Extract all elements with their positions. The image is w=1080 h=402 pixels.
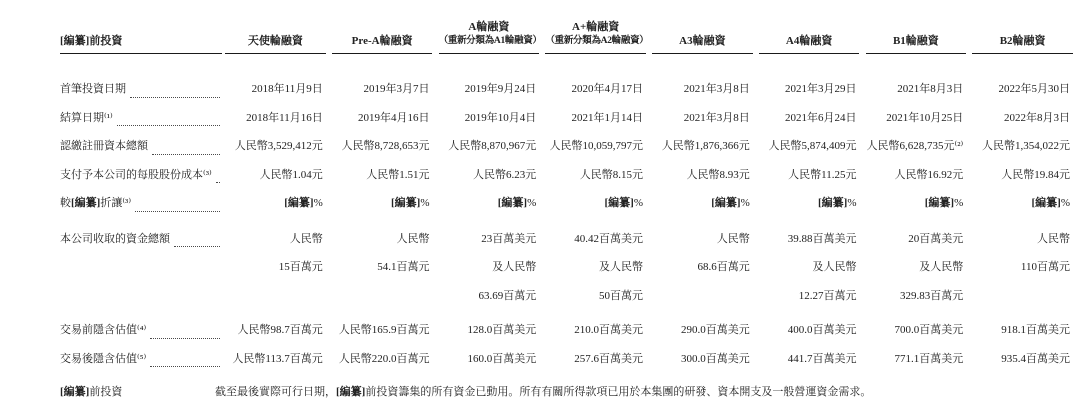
text-part: 人民幣19.84元 [1001, 169, 1070, 181]
table-row: 支付予本公司的每股股份成本⁽³⁾人民幣1.04元人民幣1.51元人民幣6.23元… [60, 161, 1076, 190]
text-part: 前投資 [89, 386, 122, 398]
data-cell-line: 2019年10月4日 [436, 104, 537, 133]
column-header-inner: B2輪融資 [972, 34, 1072, 54]
data-cell-line: 人民幣8,870,967元 [436, 132, 537, 161]
text-part: 支付予本公司的每股股份成本⁽³⁾ [60, 169, 212, 181]
data-cell: 23百萬美元及人民幣63.69百萬元 [436, 218, 543, 311]
table-header: [編纂]前投資天使輪融資Pre-A輪融資A輪融資（重新分類為A1輪融資）A+輪融… [60, 6, 1076, 54]
data-cell-line: 50百萬元 [542, 282, 643, 311]
data-cell-line: 2019年9月24日 [436, 75, 537, 104]
data-cell: 2021年1月14日 [542, 104, 649, 133]
data-cell: 2019年10月4日 [436, 104, 543, 133]
column-header-inner: A3輪融資 [652, 34, 752, 54]
row-label-text: 支付予本公司的每股股份成本⁽³⁾ [60, 161, 212, 190]
table-row: 交易前隱含估值⁽⁴⁾人民幣98.7百萬元人民幣165.9百萬元128.0百萬美元… [60, 310, 1076, 345]
column-header: Pre-A輪融資 [329, 6, 436, 54]
column-header: A3輪融資 [649, 6, 756, 54]
data-cell-line: 人民幣6,628,735元⁽²⁾ [863, 132, 964, 161]
data-cell-line: 2022年8月3日 [969, 104, 1070, 133]
text-part: 人民幣10,059,797元 [550, 140, 644, 152]
text-part: 2021年3月29日 [785, 83, 857, 95]
row-label: 較[編纂]折讓⁽³⁾ [60, 189, 222, 218]
table-row: 認繳註冊資本總額人民幣3,529,412元人民幣8,728,653元人民幣8,8… [60, 132, 1076, 161]
data-cell: 人民幣8,870,967元 [436, 132, 543, 161]
data-cell: 人民幣3,529,412元 [222, 132, 329, 161]
text-part: 15百萬元 [279, 261, 323, 273]
data-cell-line: 918.1百萬美元 [969, 316, 1070, 345]
text-part: 2019年9月24日 [465, 83, 537, 95]
data-cell-line: 2021年3月8日 [649, 75, 750, 104]
data-cell-line: [編纂]% [969, 189, 1070, 218]
text-part: 認繳註冊資本總額 [60, 140, 148, 152]
data-cell: 人民幣10,059,797元 [542, 132, 649, 161]
data-cell: 人民幣19.84元 [969, 161, 1076, 190]
data-cell-line: [編纂]% [542, 189, 643, 218]
data-cell: 160.0百萬美元 [436, 345, 543, 374]
column-header-inner: Pre-A輪融資 [332, 34, 432, 54]
redacted-marker: [編纂] [818, 197, 847, 209]
data-cell-line: [編纂]% [649, 189, 750, 218]
data-cell: [編纂]% [329, 189, 436, 218]
data-cell-line: 人民幣1,354,022元 [969, 132, 1070, 161]
data-cell-line: 63.69百萬元 [436, 282, 537, 311]
data-cell-line: 人民幣11.25元 [756, 161, 857, 190]
data-cell: 40.42百萬美元及人民幣50百萬元 [542, 218, 649, 311]
data-cell-line: 441.7百萬美元 [756, 345, 857, 374]
row-label-cell: 認繳註冊資本總額 [60, 132, 222, 161]
column-header-inner: B1輪融資 [866, 34, 966, 54]
data-cell-line: 人民幣 [222, 225, 323, 254]
data-cell-line: 2020年4月17日 [542, 75, 643, 104]
row-label: 本公司收取的資金總額 [60, 225, 222, 254]
data-cell: 2022年8月3日 [969, 104, 1076, 133]
text-part: % [420, 197, 429, 209]
text-part: 50百萬元 [599, 290, 643, 302]
data-cell-line: 人民幣3,529,412元 [222, 132, 323, 161]
row-label-cell: 結算日期⁽¹⁾ [60, 104, 222, 133]
data-cell: 人民幣110百萬元 [969, 218, 1076, 311]
data-cell-line: 23百萬美元 [436, 225, 537, 254]
data-cell: 2019年3月7日 [329, 54, 436, 104]
data-cell-line: 935.4百萬美元 [969, 345, 1070, 374]
data-cell: 210.0百萬美元 [542, 310, 649, 345]
data-cell: 人民幣54.1百萬元 [329, 218, 436, 311]
data-cell: 39.88百萬美元及人民幣12.27百萬元 [756, 218, 863, 311]
dot-leader [135, 211, 220, 212]
prospectus-page: [編纂]前投資天使輪融資Pre-A輪融資A輪融資（重新分類為A1輪融資）A+輪融… [0, 0, 1080, 400]
data-cell: 2018年11月16日 [222, 104, 329, 133]
data-cell-line: 40.42百萬美元 [542, 225, 643, 254]
column-header: A4輪融資 [756, 6, 863, 54]
text-part: 39.88百萬美元 [788, 233, 857, 245]
text-part: 20百萬美元 [908, 233, 963, 245]
data-cell: 257.6百萬美元 [542, 345, 649, 374]
data-cell-line: 人民幣1.04元 [222, 161, 323, 190]
data-cell-line: 54.1百萬元 [329, 253, 430, 282]
data-cell: 人民幣16.92元 [863, 161, 970, 190]
column-header: A輪融資（重新分類為A1輪融資） [436, 6, 543, 54]
text-part: 400.0百萬美元 [788, 324, 857, 336]
data-cell-line: 329.83百萬元 [863, 282, 964, 311]
text-part: 及人民幣 [492, 261, 536, 273]
data-cell: 2021年8月3日 [863, 54, 970, 104]
data-cell: 2021年10月25日 [863, 104, 970, 133]
data-cell-line: [編纂]% [222, 189, 323, 218]
text-part: 交易前隱含估值⁽⁴⁾ [60, 324, 146, 336]
data-cell: 2018年11月9日 [222, 54, 329, 104]
data-cell: 人民幣6.23元 [436, 161, 543, 190]
text-part: % [634, 197, 643, 209]
redacted-marker: [編纂] [498, 197, 527, 209]
data-cell: 人民幣8,728,653元 [329, 132, 436, 161]
row-label-text: 較[編纂]折讓⁽³⁾ [60, 189, 131, 218]
text-part: % [1061, 197, 1070, 209]
data-cell: 2019年9月24日 [436, 54, 543, 104]
text-part: 2021年1月14日 [572, 112, 644, 124]
data-cell: 人民幣1,876,366元 [649, 132, 756, 161]
data-cell-line: 人民幣8,728,653元 [329, 132, 430, 161]
data-cell-line: 210.0百萬美元 [542, 316, 643, 345]
text-part: 700.0百萬美元 [895, 324, 964, 336]
data-cell-line: 2021年3月8日 [649, 104, 750, 133]
text-part: 交易後隱含估值⁽⁵⁾ [60, 353, 146, 365]
text-part: 本公司收取的資金總額 [60, 233, 170, 245]
text-part: 結算日期⁽¹⁾ [60, 112, 113, 124]
text-part: 290.0百萬美元 [681, 324, 750, 336]
text-part: 441.7百萬美元 [788, 353, 857, 365]
text-part: 329.83百萬元 [900, 290, 963, 302]
text-part: 人民幣5,874,409元 [769, 140, 857, 152]
data-cell: 2020年4月17日 [542, 54, 649, 104]
data-cell: [編纂]% [222, 189, 329, 218]
data-cell: 人民幣8.15元 [542, 161, 649, 190]
text-part: 257.6百萬美元 [574, 353, 643, 365]
redacted-marker: [編纂] [60, 386, 89, 398]
data-cell-line: 及人民幣 [863, 253, 964, 282]
data-cell: [編纂]% [756, 189, 863, 218]
text-part: 人民幣1,354,022元 [982, 140, 1070, 152]
text-part: 54.1百萬元 [377, 261, 429, 273]
data-cell: 700.0百萬美元 [863, 310, 970, 345]
text-part: 人民幣98.7百萬元 [238, 324, 323, 336]
text-part: 人民幣3,529,412元 [235, 140, 323, 152]
data-cell: 人民幣68.6百萬元 [649, 218, 756, 311]
data-cell: 771.1百萬美元 [863, 345, 970, 374]
text-part: 人民幣220.0百萬元 [339, 353, 430, 365]
data-cell-line: 257.6百萬美元 [542, 345, 643, 374]
column-header-inner: A4輪融資 [759, 34, 859, 54]
data-cell-line: 2019年4月16日 [329, 104, 430, 133]
text-part: 210.0百萬美元 [574, 324, 643, 336]
row-label-text: 結算日期⁽¹⁾ [60, 104, 113, 133]
data-cell-line: 人民幣6.23元 [436, 161, 537, 190]
text-part: 人民幣8,728,653元 [342, 140, 430, 152]
text-part: 2019年10月4日 [465, 112, 537, 124]
data-cell-line: 39.88百萬美元 [756, 225, 857, 254]
data-cell: 918.1百萬美元 [969, 310, 1076, 345]
redacted-marker: [編纂] [60, 35, 89, 47]
data-cell-line: 2021年6月24日 [756, 104, 857, 133]
row-label-text: 交易後隱含估值⁽⁵⁾ [60, 345, 146, 374]
text-part: 及人民幣 [813, 261, 857, 273]
data-cell: 2022年5月30日 [969, 54, 1076, 104]
column-header-inner: A+輪融資（重新分類為A2輪融資） [545, 20, 645, 54]
data-cell: 人民幣165.9百萬元 [329, 310, 436, 345]
row-label-cell: 支付予本公司的每股股份成本⁽³⁾ [60, 161, 222, 190]
data-cell-line: 人民幣 [649, 225, 750, 254]
text-part: % [527, 197, 536, 209]
data-cell: 290.0百萬美元 [649, 310, 756, 345]
row-label-text: 首筆投資日期 [60, 75, 126, 104]
data-cell: 人民幣113.7百萬元 [222, 345, 329, 374]
redacted-marker: [編纂] [1032, 197, 1061, 209]
data-cell-line: 人民幣220.0百萬元 [329, 345, 430, 374]
data-cell-line: 400.0百萬美元 [756, 316, 857, 345]
data-cell-line: 2021年8月3日 [863, 75, 964, 104]
text-part: 人民幣6,628,735元⁽²⁾ [867, 140, 964, 152]
data-cell-line: 2021年3月29日 [756, 75, 857, 104]
text-part: 2022年5月30日 [999, 83, 1071, 95]
data-cell: 人民幣1.51元 [329, 161, 436, 190]
text-part: % [954, 197, 963, 209]
text-part: 人民幣1,876,366元 [662, 140, 750, 152]
text-part: 人民幣1.51元 [366, 169, 429, 181]
data-cell-line: 771.1百萬美元 [863, 345, 964, 374]
data-cell-line: 12.27百萬元 [756, 282, 857, 311]
data-cell-line: [編纂]% [756, 189, 857, 218]
row-label-cell: 交易前隱含估值⁽⁴⁾ [60, 310, 222, 345]
data-cell-line: 人民幣16.92元 [863, 161, 964, 190]
data-cell-line: [編纂]% [436, 189, 537, 218]
text-part: 前投資 [89, 35, 122, 47]
data-cell: 人民幣11.25元 [756, 161, 863, 190]
text-part: 935.4百萬美元 [1001, 353, 1070, 365]
footnote-label: [編纂]前投資 [60, 384, 215, 400]
row-label-text: 交易前隱含估值⁽⁴⁾ [60, 316, 146, 345]
text-part: 2020年4月17日 [572, 83, 644, 95]
data-cell-line: 人民幣165.9百萬元 [329, 316, 430, 345]
data-cell: 300.0百萬美元 [649, 345, 756, 374]
text-part: 人民幣 [290, 233, 323, 245]
text-part: 2021年6月24日 [785, 112, 857, 124]
data-cell-line: 68.6百萬元 [649, 253, 750, 282]
data-cell-line: 人民幣98.7百萬元 [222, 316, 323, 345]
data-cell: [編纂]% [863, 189, 970, 218]
data-cell: 人民幣220.0百萬元 [329, 345, 436, 374]
text-part: 160.0百萬美元 [468, 353, 537, 365]
data-cell: 2019年4月16日 [329, 104, 436, 133]
data-cell-line: 人民幣 [969, 225, 1070, 254]
data-cell: 2021年3月8日 [649, 54, 756, 104]
text-part: % [847, 197, 856, 209]
pre-investment-table: [編纂]前投資天使輪融資Pre-A輪融資A輪融資（重新分類為A1輪融資）A+輪融… [60, 6, 1076, 373]
text-part: 2021年3月8日 [684, 83, 750, 95]
dot-leader [150, 338, 220, 339]
data-cell: 人民幣15百萬元 [222, 218, 329, 311]
text-part: 2018年11月16日 [246, 112, 323, 124]
text-part: 110百萬元 [1021, 261, 1070, 273]
data-cell: [編纂]% [649, 189, 756, 218]
text-part: 人民幣6.23元 [473, 169, 536, 181]
redacted-marker: [編纂] [925, 197, 954, 209]
data-cell-line: 160.0百萬美元 [436, 345, 537, 374]
text-part: 2021年3月8日 [684, 112, 750, 124]
text-part: 771.1百萬美元 [895, 353, 964, 365]
text-part: 2021年8月3日 [897, 83, 963, 95]
column-header-line: （重新分類為A2輪融資） [545, 34, 645, 48]
dot-leader [174, 246, 220, 247]
data-cell-line: 人民幣1.51元 [329, 161, 430, 190]
data-cell: 20百萬美元及人民幣329.83百萬元 [863, 218, 970, 311]
data-cell: 人民幣8.93元 [649, 161, 756, 190]
data-cell-line: 及人民幣 [542, 253, 643, 282]
data-cell-line: 人民幣5,874,409元 [756, 132, 857, 161]
column-header-line: B2輪融資 [972, 34, 1072, 48]
data-cell-line: 人民幣1,876,366元 [649, 132, 750, 161]
column-header-line: A+輪融資 [545, 20, 645, 34]
data-cell-line: 2018年11月9日 [222, 75, 323, 104]
text-part: 及人民幣 [599, 261, 643, 273]
data-cell-line: 人民幣10,059,797元 [542, 132, 643, 161]
text-part: 人民幣113.7百萬元 [232, 353, 322, 365]
column-header-inner: A輪融資（重新分類為A1輪融資） [439, 20, 539, 54]
table-row: 首筆投資日期2018年11月9日2019年3月7日2019年9月24日2020年… [60, 54, 1076, 104]
text-part: 前投資籌集的所有資金已動用。所有有關所得款項已用於本集團的研發、資本開支及一般營… [365, 386, 871, 398]
data-cell-line: 290.0百萬美元 [649, 316, 750, 345]
data-cell-line: 及人民幣 [436, 253, 537, 282]
redacted-marker: [編纂] [605, 197, 634, 209]
text-part: 68.6百萬元 [698, 261, 750, 273]
text-part: 2019年4月16日 [358, 112, 430, 124]
text-part: 23百萬美元 [481, 233, 536, 245]
text-part: 較 [60, 197, 71, 209]
column-header: B1輪融資 [863, 6, 970, 54]
text-part: 人民幣 [717, 233, 750, 245]
column-header-line: B1輪融資 [866, 34, 966, 48]
data-cell: [編纂]% [436, 189, 543, 218]
text-part: 人民幣1.04元 [260, 169, 323, 181]
text-part: 人民幣 [397, 233, 430, 245]
data-cell: 2021年6月24日 [756, 104, 863, 133]
column-header-line: A3輪融資 [652, 34, 752, 48]
data-cell: 人民幣98.7百萬元 [222, 310, 329, 345]
column-header: A+輪融資（重新分類為A2輪融資） [542, 6, 649, 54]
data-cell-line: 15百萬元 [222, 253, 323, 282]
data-cell: 128.0百萬美元 [436, 310, 543, 345]
data-cell-line: 2022年5月30日 [969, 75, 1070, 104]
data-cell: [編纂]% [969, 189, 1076, 218]
row-label-cell: 本公司收取的資金總額 [60, 218, 222, 311]
row-label-cell: 交易後隱含估值⁽⁵⁾ [60, 345, 222, 374]
data-cell: 人民幣6,628,735元⁽²⁾ [863, 132, 970, 161]
data-cell: 人民幣1.04元 [222, 161, 329, 190]
footnote-text: 截至最後實際可行日期，[編纂]前投資籌集的所有資金已動用。所有有關所得款項已用於… [215, 384, 1076, 400]
text-part: % [314, 197, 323, 209]
table-row: 結算日期⁽¹⁾2018年11月16日2019年4月16日2019年10月4日20… [60, 104, 1076, 133]
row-label: 首筆投資日期 [60, 75, 222, 104]
table-row: 交易後隱含估值⁽⁵⁾人民幣113.7百萬元人民幣220.0百萬元160.0百萬美… [60, 345, 1076, 374]
data-cell-line: 2021年1月14日 [542, 104, 643, 133]
text-part: 2019年3月7日 [364, 83, 430, 95]
data-cell: [編纂]% [542, 189, 649, 218]
text-part: 2018年11月9日 [252, 83, 323, 95]
data-cell: 人民幣1,354,022元 [969, 132, 1076, 161]
data-cell-line: 2018年11月16日 [222, 104, 323, 133]
text-part: 2021年10月25日 [886, 112, 963, 124]
row-label: 認繳註冊資本總額 [60, 132, 222, 161]
table-row: 本公司收取的資金總額人民幣15百萬元人民幣54.1百萬元23百萬美元及人民幣63… [60, 218, 1076, 311]
data-cell: 2021年3月29日 [756, 54, 863, 104]
column-header-line: Pre-A輪融資 [332, 34, 432, 48]
data-cell-line: 128.0百萬美元 [436, 316, 537, 345]
data-cell-line: [編纂]% [329, 189, 430, 218]
text-part: 2022年8月3日 [1004, 112, 1070, 124]
dot-leader [152, 154, 220, 155]
dot-leader [117, 125, 220, 126]
text-part: 及人民幣 [919, 261, 963, 273]
text-part: 人民幣8,870,967元 [448, 140, 536, 152]
header-row: [編纂]前投資天使輪融資Pre-A輪融資A輪融資（重新分類為A1輪融資）A+輪融… [60, 6, 1076, 54]
row-label: 支付予本公司的每股股份成本⁽³⁾ [60, 161, 222, 190]
redacted-marker: [編纂] [71, 197, 100, 209]
table-body: 首筆投資日期2018年11月9日2019年3月7日2019年9月24日2020年… [60, 54, 1076, 373]
data-cell: 400.0百萬美元 [756, 310, 863, 345]
data-cell-line: 110百萬元 [969, 253, 1070, 282]
redacted-marker: [編纂] [711, 197, 740, 209]
column-header-line: A輪融資 [439, 20, 539, 34]
data-cell-line: 2019年3月7日 [329, 75, 430, 104]
row-label: 交易前隱含估值⁽⁴⁾ [60, 316, 222, 345]
text-part: 40.42百萬美元 [574, 233, 643, 245]
row-label: 結算日期⁽¹⁾ [60, 104, 222, 133]
text-part: 折讓⁽³⁾ [100, 197, 131, 209]
data-cell-line: 人民幣19.84元 [969, 161, 1070, 190]
column-header-line: 天使輪融資 [225, 34, 325, 48]
text-part: 918.1百萬美元 [1001, 324, 1070, 336]
data-cell-line: 700.0百萬美元 [863, 316, 964, 345]
data-cell-line: 300.0百萬美元 [649, 345, 750, 374]
redacted-marker: [編纂] [284, 197, 313, 209]
data-cell: 2021年3月8日 [649, 104, 756, 133]
corner-header: [編纂]前投資 [60, 6, 222, 54]
data-cell: 人民幣5,874,409元 [756, 132, 863, 161]
text-part: 人民幣165.9百萬元 [339, 324, 430, 336]
data-cell-line: 人民幣 [329, 225, 430, 254]
table-row: 較[編纂]折讓⁽³⁾[編纂]%[編纂]%[編纂]%[編纂]%[編纂]%[編纂]%… [60, 189, 1076, 218]
text-part: 截至最後實際可行日期， [215, 386, 336, 398]
text-part: 人民幣8.93元 [687, 169, 750, 181]
column-header-inner: 天使輪融資 [225, 34, 325, 54]
row-label-text: 本公司收取的資金總額 [60, 225, 170, 254]
text-part: % [741, 197, 750, 209]
redacted-marker: [編纂] [336, 386, 365, 398]
row-label-cell: 較[編纂]折讓⁽³⁾ [60, 189, 222, 218]
data-cell-line: 20百萬美元 [863, 225, 964, 254]
dot-leader [130, 97, 220, 98]
column-header: 天使輪融資 [222, 6, 329, 54]
column-header: B2輪融資 [969, 6, 1076, 54]
dot-leader [216, 182, 220, 183]
text-part: 300.0百萬美元 [681, 353, 750, 365]
row-label: 交易後隱含估值⁽⁵⁾ [60, 345, 222, 374]
column-header-line: A4輪融資 [759, 34, 859, 48]
data-cell-line: 人民幣8.93元 [649, 161, 750, 190]
text-part: 人民幣11.25元 [788, 169, 856, 181]
data-cell-line: 及人民幣 [756, 253, 857, 282]
data-cell: 935.4百萬美元 [969, 345, 1076, 374]
column-header-line: （重新分類為A1輪融資） [439, 34, 539, 48]
dot-leader [150, 366, 220, 367]
